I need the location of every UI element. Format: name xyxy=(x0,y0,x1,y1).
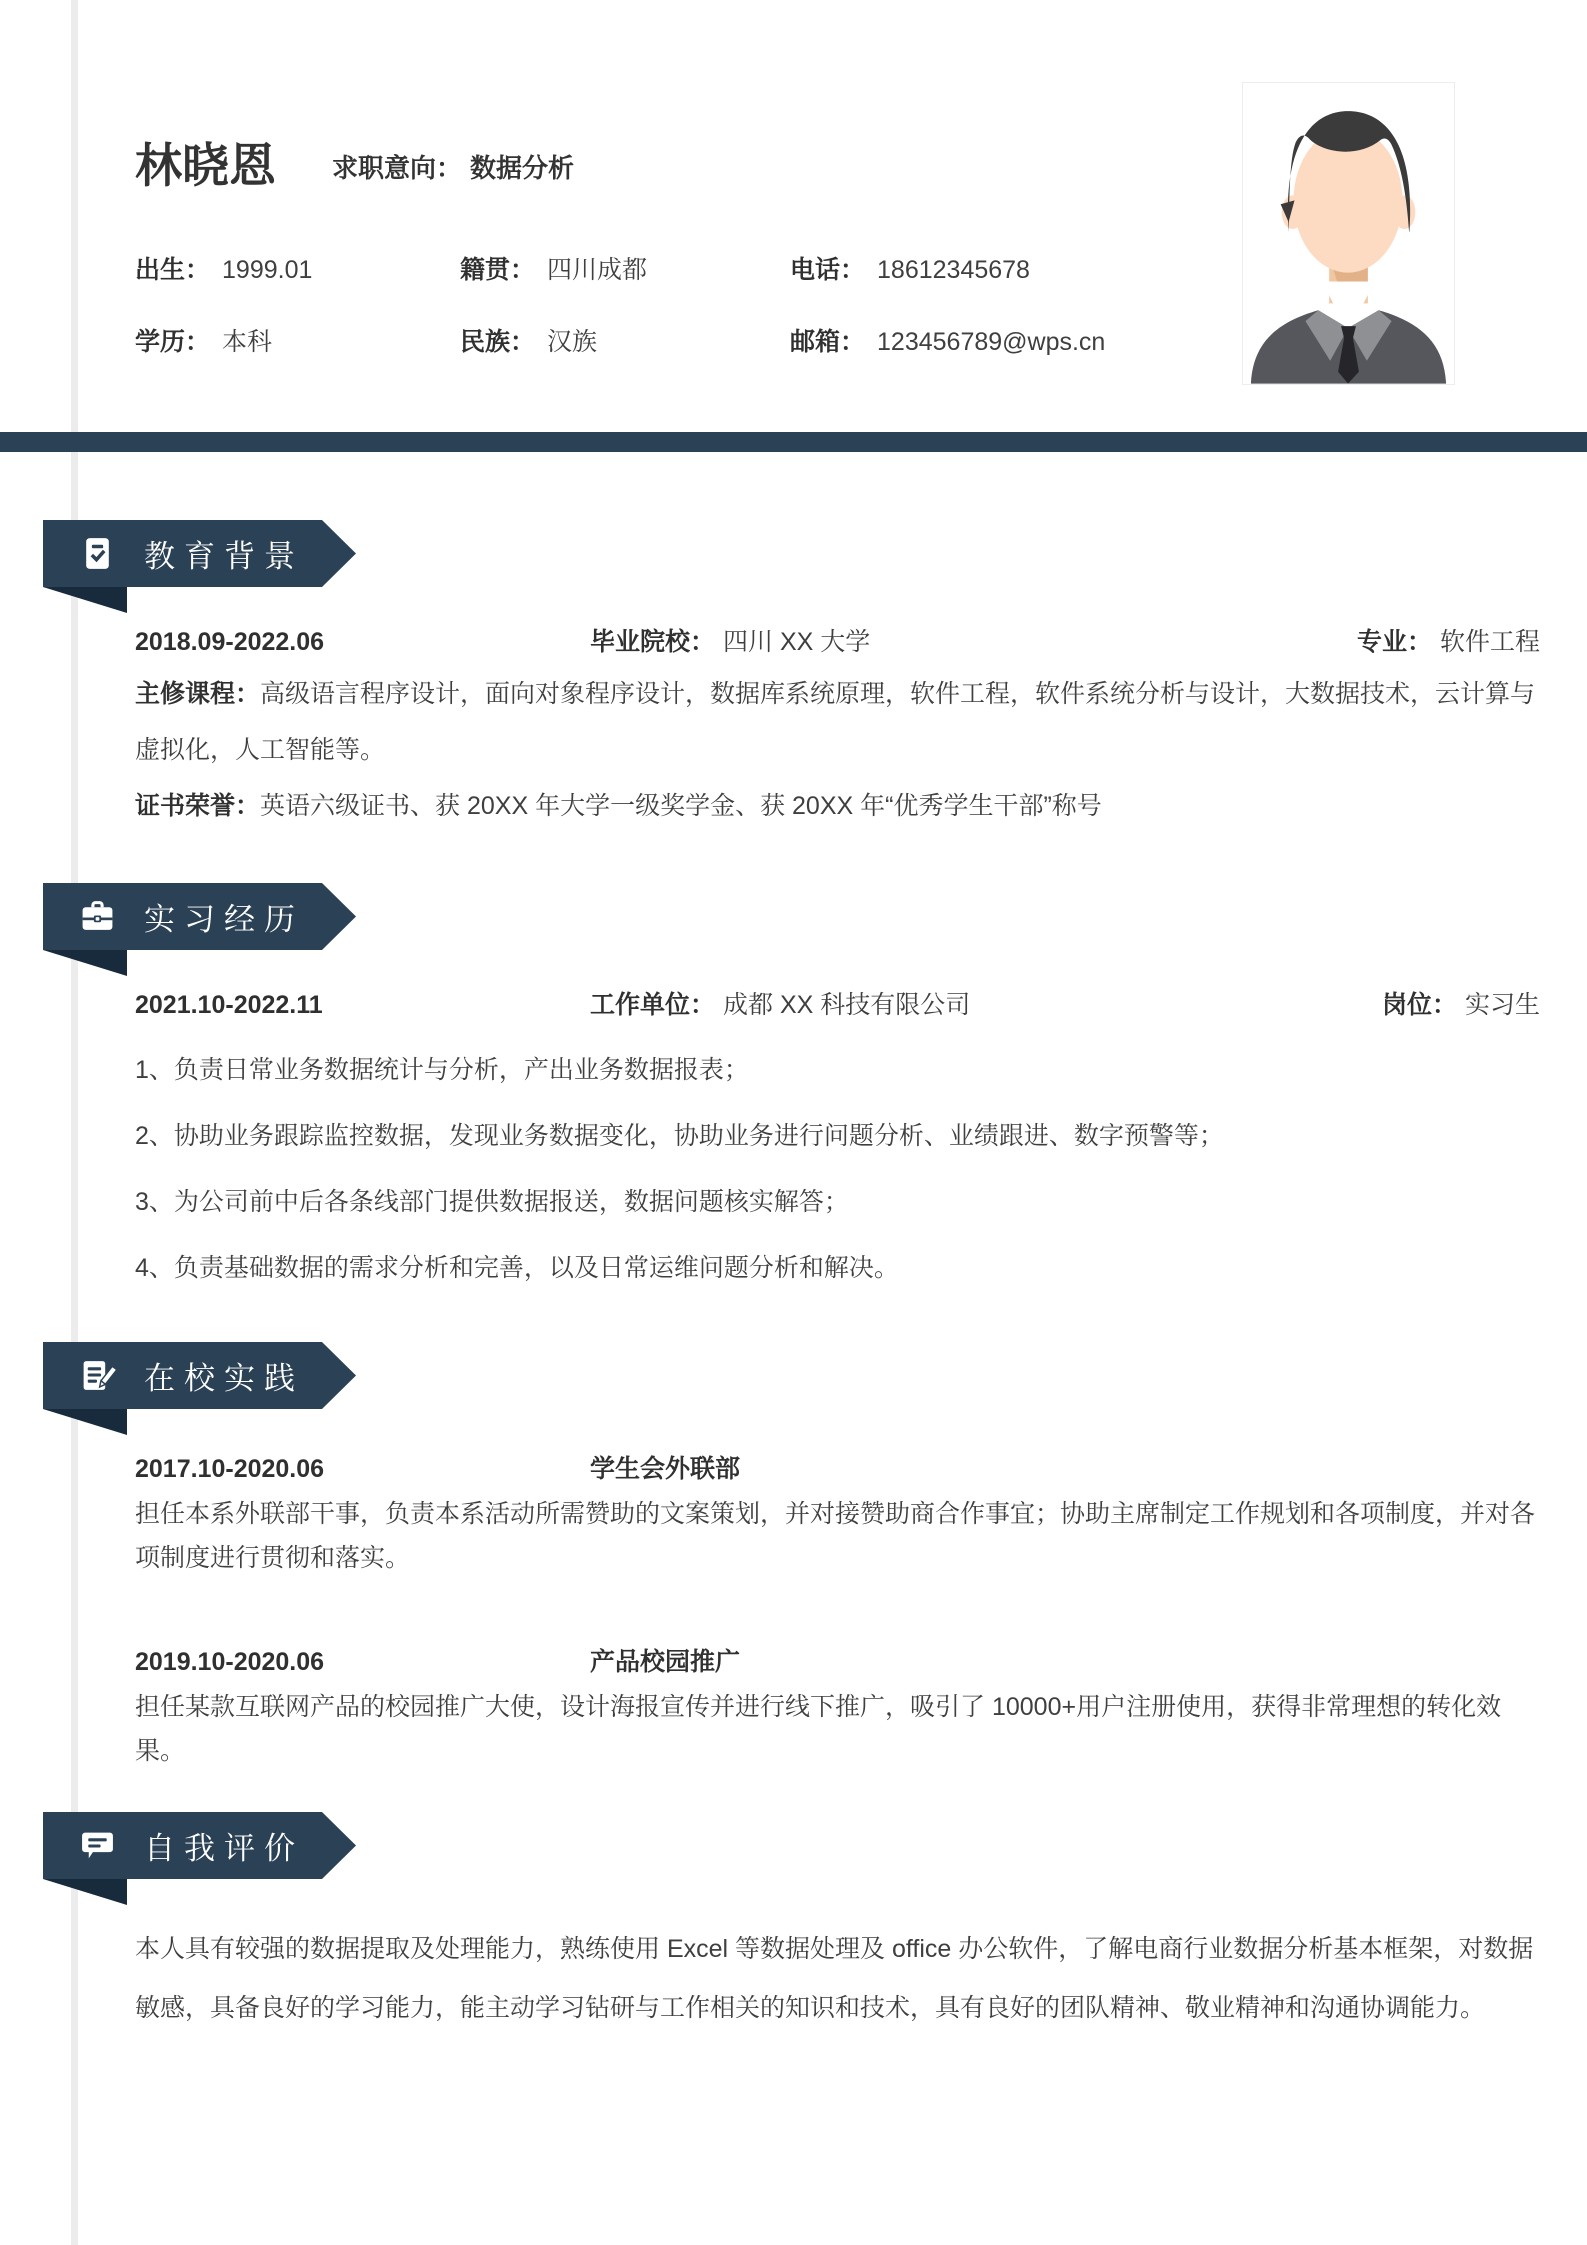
duty-item: 2、协助业务跟踪监控数据，发现业务数据变化，协助业务进行问题分析、业绩跟进、数字… xyxy=(135,1119,1540,1154)
field-phone: 电话：18612345678 xyxy=(790,250,1215,286)
major-value: 软件工程 xyxy=(1440,628,1540,656)
field-email-value: 123456789@wps.cn xyxy=(877,328,1105,356)
campus-period-2: 2019.10-2020.06 xyxy=(135,1648,590,1677)
document-pencil-icon xyxy=(79,1357,116,1394)
section-title-education: 教育背景 xyxy=(144,531,304,576)
courses-line: 主修课程：高级语言程序设计，面向对象程序设计，数据库系统原理，软件工程，软件系统… xyxy=(135,666,1540,778)
education-major: 专业：软件工程 xyxy=(1357,622,1540,658)
profile-photo xyxy=(1242,82,1455,385)
campus-period-1: 2017.10-2020.06 xyxy=(135,1455,590,1484)
duty-item: 1、负责日常业务数据统计与分析，产出业务数据报表； xyxy=(135,1053,1540,1088)
field-birth-label: 出生： xyxy=(135,256,210,284)
major-label: 专业： xyxy=(1357,628,1432,656)
job-intention-label: 求职意向： xyxy=(332,153,462,183)
field-hometown: 籍贯：四川成都 xyxy=(460,250,790,286)
school-label: 毕业院校： xyxy=(590,628,715,656)
section-banner-self-evaluation: 自我评价 xyxy=(43,1812,356,1879)
chat-bubble-icon xyxy=(79,1827,116,1864)
resume-page: 林晓恩 求职意向：数据分析 出生：1999.01 籍贯：四川成都 电话：1861… xyxy=(0,0,1587,2245)
campus-role-2: 产品校园推广 xyxy=(590,1642,1540,1678)
field-ethnicity-label: 民族： xyxy=(460,328,535,356)
field-degree-label: 学历： xyxy=(135,328,210,356)
banner-fold xyxy=(43,950,127,976)
left-guide-line xyxy=(71,0,78,2245)
checklist-icon xyxy=(79,535,116,572)
internship-row: 2021.10-2022.11 工作单位：成都 XX 科技有限公司 岗位：实习生 xyxy=(135,985,1540,1021)
honors-text: 英语六级证书、获 20XX 年大学一级奖学金、获 20XX 年“优秀学生干部”称… xyxy=(260,792,1102,820)
job-intention: 求职意向：数据分析 xyxy=(332,148,574,192)
job-intention-value: 数据分析 xyxy=(470,153,574,183)
field-phone-label: 电话： xyxy=(790,256,865,284)
field-hometown-value: 四川成都 xyxy=(547,256,647,284)
campus-role-1: 学生会外联部 xyxy=(590,1449,1540,1485)
resume-header: 林晓恩 求职意向：数据分析 xyxy=(135,140,574,192)
courses-text: 高级语言程序设计，面向对象程序设计，数据库系统原理，软件工程，软件系统分析与设计… xyxy=(135,680,1535,764)
banner-fold xyxy=(43,587,127,613)
field-phone-value: 18612345678 xyxy=(877,256,1030,284)
honors-line: 证书荣誉：英语六级证书、获 20XX 年大学一级奖学金、获 20XX 年“优秀学… xyxy=(135,778,1540,834)
section-banner-internship: 实习经历 xyxy=(43,883,356,950)
campus-description-1: 担任本系外联部干事，负责本系活动所需赞助的文案策划，并对接赞助商合作事宜；协助主… xyxy=(135,1492,1540,1580)
courses-label: 主修课程： xyxy=(135,680,260,708)
campus-row-2: 2019.10-2020.06 产品校园推广 xyxy=(135,1642,1540,1678)
field-email-label: 邮箱： xyxy=(790,328,865,356)
section-title-self-evaluation: 自我评价 xyxy=(144,1823,304,1868)
section-banner-campus: 在校实践 xyxy=(43,1342,356,1409)
section-banner-education: 教育背景 xyxy=(43,520,356,587)
field-ethnicity-value: 汉族 xyxy=(547,328,597,356)
self-evaluation-text: 本人具有较强的数据提取及处理能力，熟练使用 Excel 等数据处理及 offic… xyxy=(135,1920,1540,2038)
company-value: 成都 XX 科技有限公司 xyxy=(723,991,970,1019)
field-degree: 学历：本科 xyxy=(135,322,460,358)
field-degree-value: 本科 xyxy=(222,328,272,356)
education-detail: 主修课程：高级语言程序设计，面向对象程序设计，数据库系统原理，软件工程，软件系统… xyxy=(135,666,1540,834)
field-ethnicity: 民族：汉族 xyxy=(460,322,790,358)
section-title-campus: 在校实践 xyxy=(144,1353,304,1398)
duty-item: 4、负责基础数据的需求分析和完善，以及日常运维问题分析和解决。 xyxy=(135,1251,1540,1286)
company-label: 工作单位： xyxy=(590,991,715,1019)
field-birth-value: 1999.01 xyxy=(222,256,312,284)
internship-duties: 1、负责日常业务数据统计与分析，产出业务数据报表； 2、协助业务跟踪监控数据，发… xyxy=(135,1053,1540,1317)
internship-company: 工作单位：成都 XX 科技有限公司 xyxy=(590,985,1382,1021)
internship-position: 岗位：实习生 xyxy=(1382,985,1540,1021)
education-school: 毕业院校：四川 XX 大学 xyxy=(590,622,1357,658)
internship-period: 2021.10-2022.11 xyxy=(135,991,590,1020)
honors-label: 证书荣誉： xyxy=(135,792,260,820)
education-row: 2018.09-2022.06 毕业院校：四川 XX 大学 专业：软件工程 xyxy=(135,622,1540,658)
position-value: 实习生 xyxy=(1465,991,1540,1019)
school-value: 四川 XX 大学 xyxy=(723,628,870,656)
section-title-internship: 实习经历 xyxy=(144,894,304,939)
position-label: 岗位： xyxy=(1382,991,1457,1019)
campus-description-2: 担任某款互联网产品的校园推广大使，设计海报宣传并进行线下推广，吸引了 10000… xyxy=(135,1685,1540,1773)
header-divider xyxy=(0,432,1587,452)
candidate-name: 林晓恩 xyxy=(135,140,276,192)
field-birth: 出生：1999.01 xyxy=(135,250,460,286)
field-hometown-label: 籍贯： xyxy=(460,256,535,284)
duty-item: 3、为公司前中后各条线部门提供数据报送，数据问题核实解答； xyxy=(135,1185,1540,1220)
briefcase-icon xyxy=(79,898,116,935)
banner-fold xyxy=(43,1879,127,1905)
campus-row-1: 2017.10-2020.06 学生会外联部 xyxy=(135,1449,1540,1485)
field-email: 邮箱：123456789@wps.cn xyxy=(790,322,1215,358)
basic-info-grid: 出生：1999.01 籍贯：四川成都 电话：18612345678 学历：本科 … xyxy=(135,250,1215,358)
education-period: 2018.09-2022.06 xyxy=(135,628,590,657)
banner-fold xyxy=(43,1409,127,1435)
male-avatar-illustration xyxy=(1243,83,1454,384)
